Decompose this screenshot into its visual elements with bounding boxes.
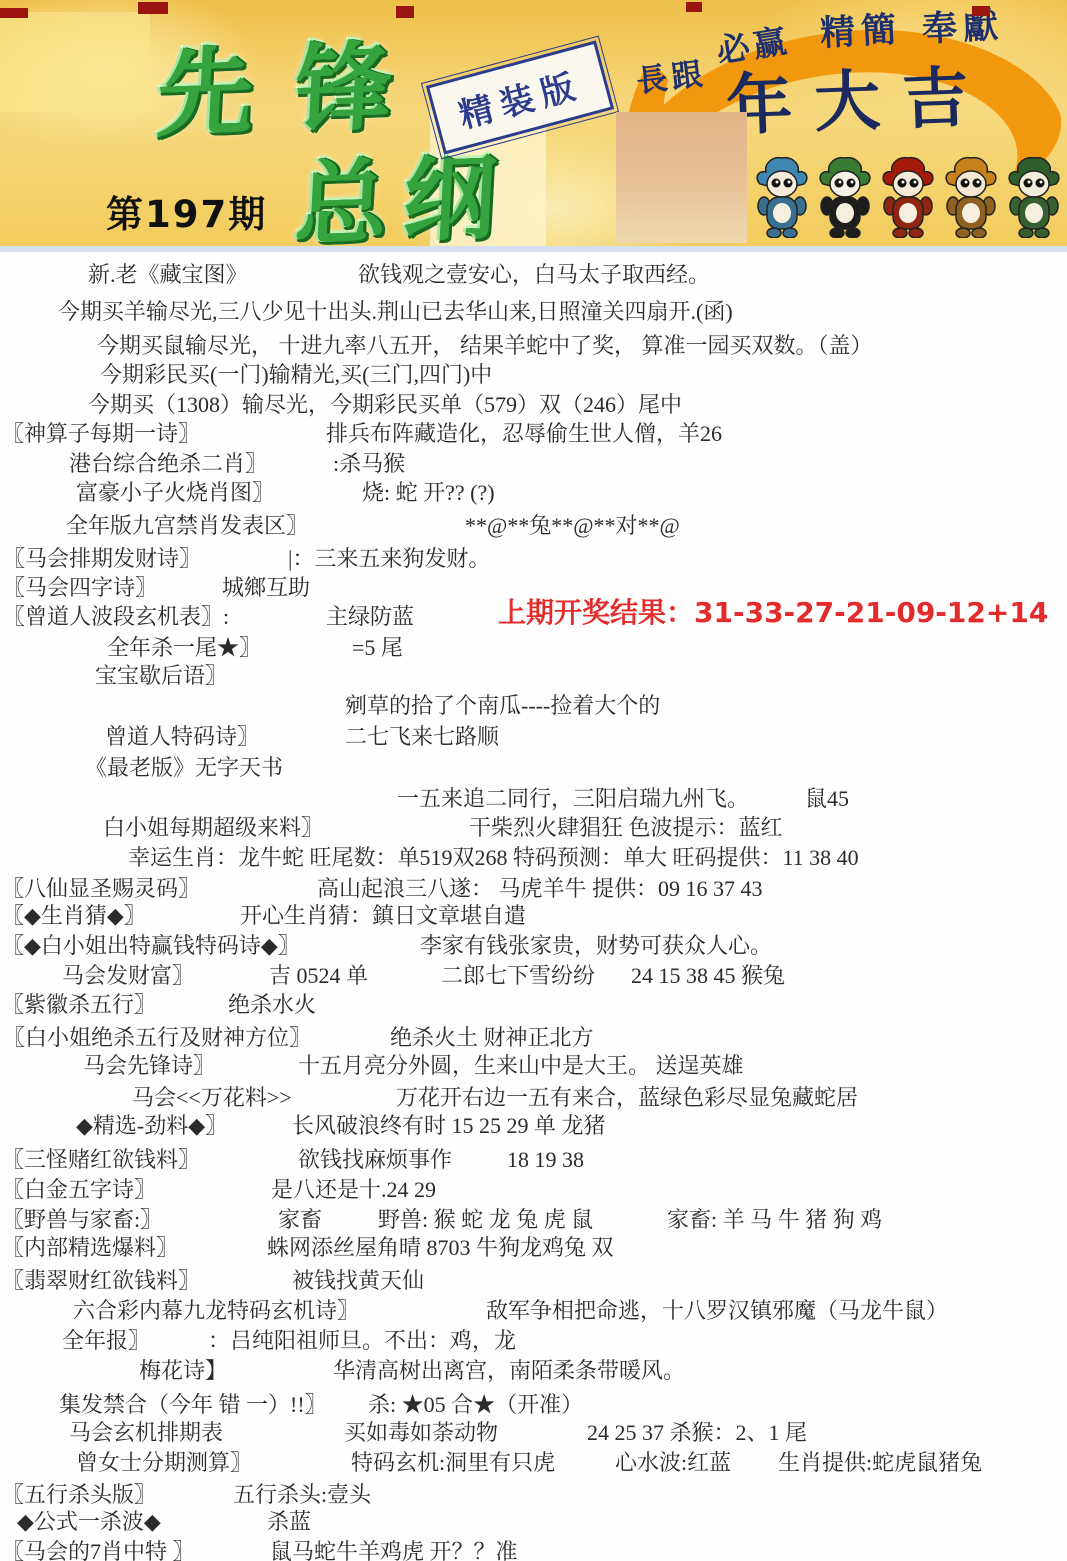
mascot-green-icon — [1004, 156, 1064, 238]
text-segment: 马会玄机排期表 — [69, 1420, 223, 1446]
text-segment: 烧: 蛇 开?? (?) — [362, 480, 495, 506]
page: 年大吉 先锋 总纲 第197期 精装版 長跟 必赢 精簡 奉獻 上期开奖结果：3… — [0, 0, 1067, 1561]
scan-artifact — [396, 6, 414, 18]
text-segment: 被钱找黄天仙 — [292, 1268, 424, 1294]
text-segment: 吉 0524 单 — [269, 963, 368, 989]
text-segment: 马会先锋诗〗 — [83, 1053, 215, 1079]
text-segment: 富豪小子火烧肖图〗 — [76, 480, 274, 506]
text-segment: ◆精选-劲料◆〗 — [76, 1113, 227, 1139]
text-segment: 〖内部精选爆料〗 — [2, 1235, 178, 1261]
text-segment: 〖◆生肖猜◆〗 — [2, 903, 146, 929]
text-segment: 排兵布阵藏造化，忍辱偷生世人僧，羊26 — [326, 421, 722, 447]
slogan-refined: 精簡 — [819, 2, 904, 56]
text-segment: 城鄉互助 — [222, 575, 310, 601]
text-segment: 长风破浪终有时 15 25 29 单 龙猪 — [292, 1113, 606, 1139]
text-segment: 梅花诗】 — [139, 1358, 227, 1384]
text-segment: 五行杀头:壹头 — [233, 1482, 371, 1508]
text-segment: 全年杀一尾★〗 — [107, 635, 261, 661]
text-segment: 《最老版》无字天书 — [85, 755, 283, 781]
text-segment: 六合彩内幕九龙特码玄机诗〗 — [73, 1298, 359, 1324]
scan-artifact — [972, 6, 990, 16]
text-segment: 曾道人特码诗〗 — [105, 724, 259, 750]
text-segment: 欲钱找麻烦事作 — [298, 1147, 452, 1173]
text-segment: 家畜: 羊 马 牛 猪 狗 鸡 — [667, 1207, 882, 1233]
text-segment: 白小姐每期超级来料〗 — [103, 815, 323, 841]
text-segment: 生肖提供:蛇虎鼠猪兔 — [778, 1450, 982, 1476]
text-segment: 杀: ★05 合★（开准） — [368, 1392, 583, 1418]
text-segment: 绝杀水火 — [228, 992, 316, 1018]
text-segment: 〖白小姐绝杀五行及财神方位〗 — [3, 1025, 311, 1051]
previous-draw-result: 上期开奖结果：31-33-27-21-09-12+14 — [498, 591, 1048, 631]
text-segment: 曾女士分期测算〗 — [76, 1450, 252, 1476]
text-segment: 〖野兽与家畜:〗 — [2, 1207, 162, 1233]
text-segment: 二七飞来七路顺 — [345, 724, 499, 750]
text-segment: 买如毒如荼动物 — [344, 1420, 498, 1446]
text-segment: **@**兔**@**对**@ — [465, 513, 680, 539]
text-segment: 野兽: 猴 蛇 龙 兔 虎 鼠 — [378, 1207, 593, 1233]
text-segment: 〖五行杀头版〗 — [2, 1482, 156, 1508]
text-segment: 敌军争相把命逃，十八罗汉镇邪魔（马龙牛鼠） — [486, 1298, 948, 1324]
text-segment: 十五月亮分外圆，生来山中是大王。 送逞英雄 — [298, 1053, 744, 1079]
text-segment: 高山起浪三八遂： 马虎羊牛 提供：09 16 37 43 — [317, 876, 763, 902]
text-segment: 欲钱观之壹安心，白马太子取西经。 — [358, 262, 710, 288]
text-segment: 〖马会的7肖中特 〗 — [2, 1539, 195, 1561]
text-segment: 万花开右边一五有来合，蓝绿色彩尽显兔藏蛇居 — [396, 1085, 858, 1111]
banner: 年大吉 先锋 总纲 第197期 精装版 長跟 必赢 精簡 奉獻 — [0, 0, 1067, 246]
text-segment: ：吕纯阳祖师旦。不出：鸡，龙 — [208, 1328, 516, 1354]
mascot-panda-icon — [815, 156, 875, 238]
text-segment: ◆公式一杀波◆ — [17, 1509, 161, 1535]
scan-artifact — [138, 2, 168, 14]
text-segment: 蛛网添丝屋角晴 8703 牛狗龙鸡兔 双 — [267, 1235, 614, 1261]
text-segment: 〖神算子每期一诗〗 — [2, 421, 200, 447]
text-segment: 〖翡翠财红欲钱料〗 — [2, 1268, 200, 1294]
text-segment: 全年报〗 — [62, 1328, 150, 1354]
text-segment: 新.老《藏宝图》 — [88, 262, 248, 288]
text-segment: =5 尾 — [352, 635, 403, 661]
text-segment: 主绿防蓝 — [326, 604, 414, 630]
mascot-blue-icon — [752, 156, 812, 238]
text-segment: 18 19 38 — [507, 1147, 584, 1173]
text-segment: 一五来追二同行，三阳启瑞九州飞。 — [397, 786, 749, 812]
text-segment: 今期彩民买(一门)输精光,买(三门,四门)中 — [100, 362, 492, 388]
censored-block — [616, 112, 747, 243]
slogan-follow: 長跟 — [634, 48, 709, 101]
text-segment: 今期买鼠输尽光， 十进九率八五开， 结果羊蛇中了奖， 算准一园买双数。（盖） — [97, 333, 873, 359]
text-segment: 港台综合绝杀二肖〗 — [69, 451, 267, 477]
text-segment: 幸运生肖：龙牛蛇 旺尾数：单519双268 特码预测：单大 旺码提供：11 38… — [128, 845, 859, 871]
issue-number: 第197期 — [106, 184, 267, 238]
text-segment: |：三来五来狗发财。 — [288, 546, 490, 572]
text-segment: 马会<<万花料>> — [132, 1085, 292, 1111]
text-segment: 干柴烈火肆猖狂 色波提示：蓝红 — [469, 815, 783, 841]
masthead-title-bottom: 总纲 — [292, 124, 515, 263]
banner-separator — [0, 246, 1067, 252]
scan-artifact — [0, 8, 28, 18]
mascot-orange-icon — [941, 156, 1001, 238]
text-segment: 绝杀火土 财神正北方 — [390, 1025, 594, 1051]
banner-highlight — [0, 12, 150, 112]
text-segment: 鼠45 — [805, 786, 849, 812]
text-segment: 是八还是十.24 29 — [271, 1177, 436, 1203]
text-segment: 〖◆白小姐出特赢钱特码诗◆〗 — [2, 933, 300, 959]
text-segment: 全年版九宫禁肖发表区〗 — [66, 513, 308, 539]
slogan-dedicate: 奉獻 — [921, 0, 1006, 52]
text-segment: 集发禁合（今年 错 一）!!〗 — [59, 1392, 327, 1418]
text-segment: 〖三怪赌红欲钱料〗 — [2, 1147, 200, 1173]
text-segment: 特码玄机:洞里有只虎 — [351, 1450, 555, 1476]
mascot-red-icon — [878, 156, 938, 238]
text-segment: 24 25 37 杀猴：2、1 尾 — [587, 1420, 807, 1446]
text-segment: 〖马会排期发财诗〗 — [3, 546, 201, 572]
text-segment: 家畜 — [278, 1207, 322, 1233]
text-segment: 〖马会四字诗〗 — [3, 575, 157, 601]
text-segment: 〖白金五字诗〗 — [2, 1177, 156, 1203]
text-segment: 24 15 38 45 猴兔 — [631, 963, 785, 989]
text-segment: 杀蓝 — [267, 1509, 311, 1535]
text-segment: 心水波:红蓝 — [615, 1450, 731, 1476]
text-segment: 今期买（1308）输尽光，今期彩民买单（579）双（246）尾中 — [88, 392, 682, 418]
text-segment: 二郎七下雪纷纷 — [441, 963, 595, 989]
text-segment: 华清高树出离宫，南陌柔条带暖风。 — [333, 1358, 685, 1384]
text-segment: 宝宝歇后语〗 — [95, 663, 227, 689]
text-segment: 〖曾道人波段玄机表〗: — [3, 604, 229, 630]
text-segment: 马会发财富〗 — [62, 963, 194, 989]
text-segment: 开心生肖猜：鎮日文章堪自遣 — [240, 903, 526, 929]
text-segment: 今期买羊输尽光,三八少见十出头.荆山已去华山来,日照潼关四扇开.(函) — [58, 299, 733, 325]
text-segment: 〖紫徽杀五行〗 — [2, 992, 156, 1018]
text-segment: 〖八仙显圣赐灵码〗 — [2, 876, 200, 902]
text-segment: 鼠马蛇牛羊鸡虎 开？？准 — [270, 1539, 518, 1561]
text-segment: 剜草的拾了个南瓜----捡着大个的 — [345, 693, 660, 719]
text-segment: :杀马猴 — [333, 451, 405, 477]
text-segment: 李家有钱张家贵，财势可获众人心。 — [420, 933, 772, 959]
scan-artifact — [686, 2, 702, 12]
